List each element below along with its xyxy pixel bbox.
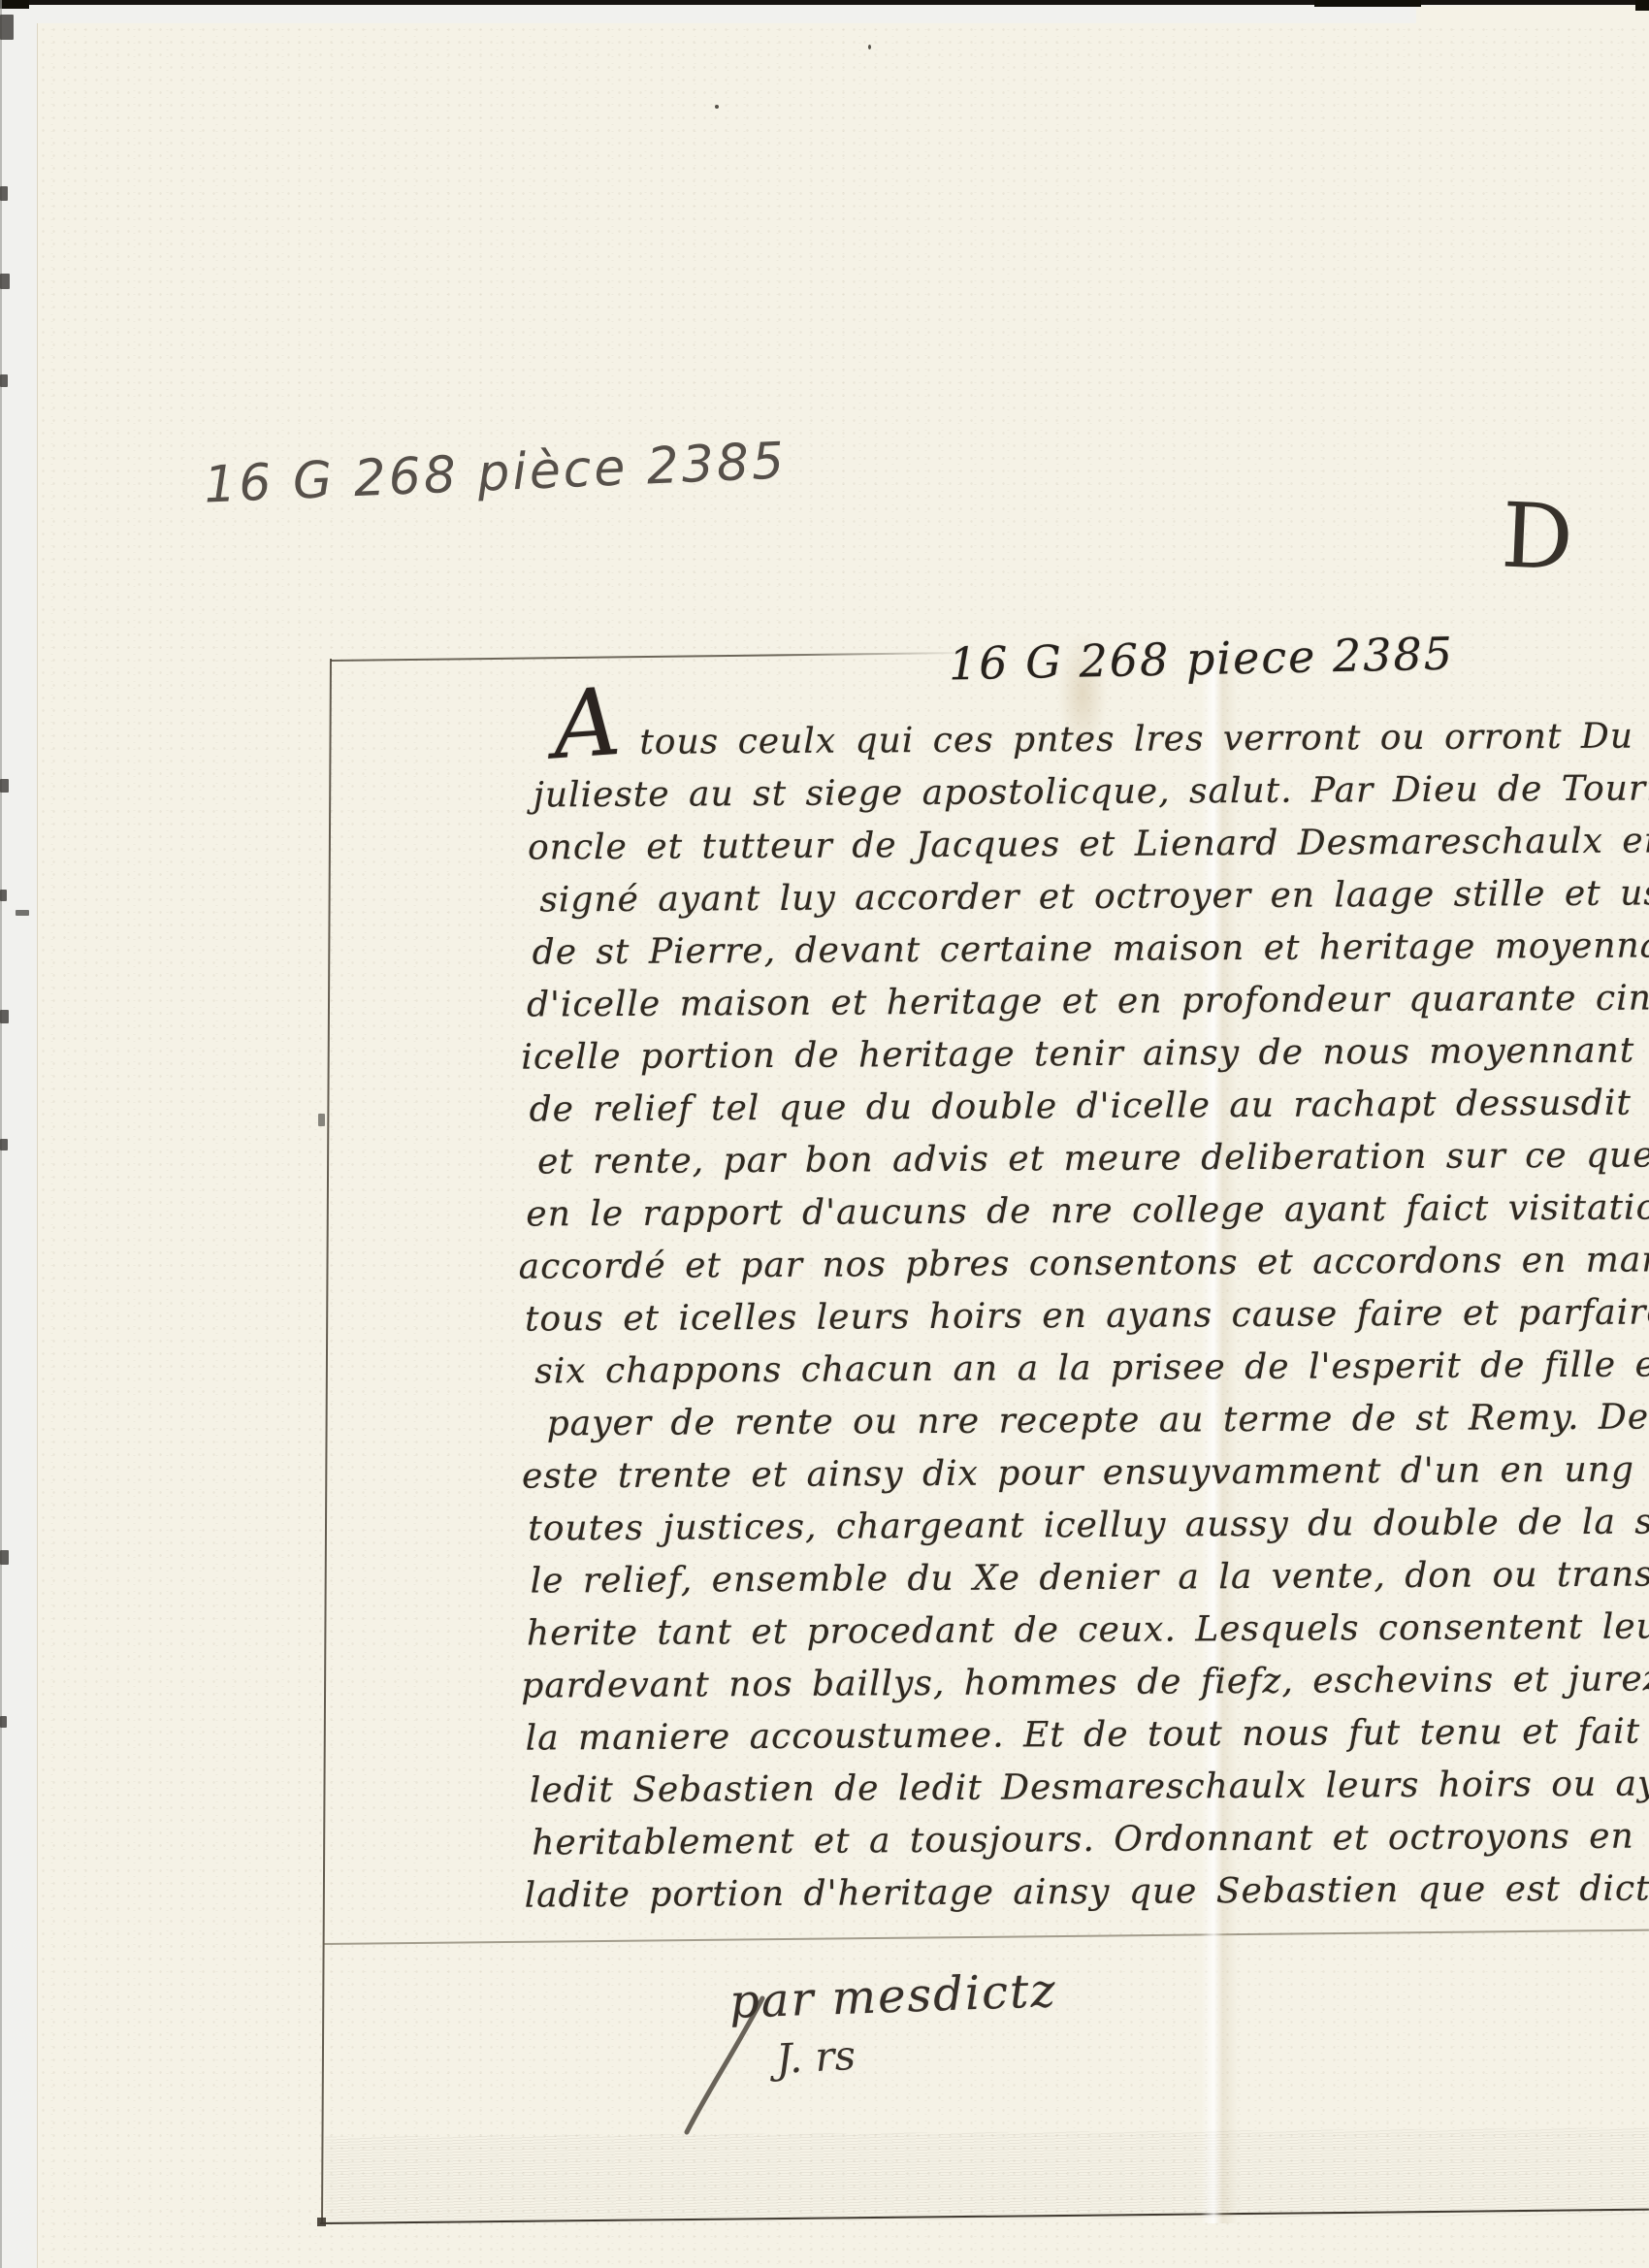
scan-artifact bbox=[715, 105, 719, 109]
manuscript-line: d'icelle maison et heritage et en profon… bbox=[527, 972, 1649, 1031]
scan-artifact bbox=[16, 910, 29, 916]
manuscript-line: toutes justices, chargeant icelluy aussy… bbox=[528, 1496, 1649, 1555]
manuscript-line: et rente, par bon advis et meure deliber… bbox=[537, 1129, 1649, 1188]
manuscript-line: icelle portion de heritage tenir ainsy d… bbox=[521, 1024, 1649, 1084]
scan-artifact bbox=[0, 1550, 9, 1565]
scan-artifact bbox=[1635, 0, 1649, 11]
classification-letter: D bbox=[1500, 483, 1575, 590]
scan-artifact bbox=[0, 0, 29, 9]
scan-artifact bbox=[0, 374, 8, 387]
manuscript-line: julieste au st siege apostolicque, salut… bbox=[533, 762, 1649, 822]
scan-artifact bbox=[0, 779, 9, 793]
manuscript-line: accordé et par nos pbres consentons et a… bbox=[519, 1234, 1649, 1293]
manuscript-line: six chappons chacun an a la prisee de l'… bbox=[534, 1339, 1649, 1398]
paper-top-right-corner bbox=[1416, 6, 1649, 27]
signature-line: par mesdictz bbox=[728, 1963, 1057, 2029]
scanned-document-page: 16 G 268 pièce 2385 D 16 G 268 piece 238… bbox=[0, 0, 1649, 2268]
manuscript-line: en le rapport d'aucuns de nre college ay… bbox=[526, 1182, 1649, 1241]
manuscript-line: le relief, ensemble du Xe denier a la ve… bbox=[530, 1548, 1649, 1607]
manuscript-line: pardevant nos baillys, hommes de fiefz, … bbox=[521, 1653, 1649, 1712]
scan-artifact bbox=[1314, 0, 1421, 7]
manuscript-line: tous et icelles leurs hoirs en ayans cau… bbox=[525, 1286, 1649, 1345]
manuscript-line: de st Pierre, devant certaine maison et … bbox=[533, 920, 1649, 979]
manuscript-line: payer de rente ou nre recepte au terme d… bbox=[547, 1391, 1649, 1450]
manuscript-line: oncle et tutteur de Jacques et Lienard D… bbox=[528, 815, 1649, 874]
scan-noise-band bbox=[325, 2127, 1649, 2224]
scan-artifact bbox=[0, 1716, 7, 1728]
manuscript-header: 16 G 268 piece 2385 bbox=[948, 628, 1454, 691]
manuscript-line: herite tant et procedant de ceux. Lesque… bbox=[527, 1601, 1649, 1660]
manuscript-line: heritablement et a tousjours. Ordonnant … bbox=[532, 1810, 1649, 1869]
scan-artifact bbox=[0, 1139, 8, 1150]
scan-artifact bbox=[0, 15, 14, 40]
signature-paraph: J. rs bbox=[775, 2031, 857, 2083]
scan-artifact bbox=[0, 274, 10, 289]
scanner-left-edge bbox=[0, 0, 2, 2268]
manuscript-line: este trente et ainsy dix pour ensuyvamme… bbox=[522, 1443, 1649, 1503]
manuscript-line: ledit Sebastien de ledit Desmareschaulx … bbox=[530, 1758, 1649, 1817]
manuscript-line: la maniere accoustumee. Et de tout nous … bbox=[525, 1705, 1649, 1765]
manuscript-line: ladite portion d'heritage ainsy que Seba… bbox=[524, 1863, 1649, 1922]
scan-artifact bbox=[318, 1114, 325, 1126]
scan-artifact bbox=[0, 186, 8, 201]
manuscript-line: de relief tel que du double d'icelle au … bbox=[530, 1077, 1649, 1136]
manuscript-line: signé ayant luy accorder et octroyer en … bbox=[539, 867, 1649, 926]
manuscript-line: tous ceulx qui ces pntes lres verront ou… bbox=[639, 710, 1649, 768]
scan-artifact bbox=[0, 890, 7, 901]
scan-artifact bbox=[0, 1010, 9, 1023]
manuscript-text-block: tous ceulx qui ces pntes lres verront ou… bbox=[525, 710, 1649, 1922]
scan-artifact bbox=[868, 45, 871, 49]
